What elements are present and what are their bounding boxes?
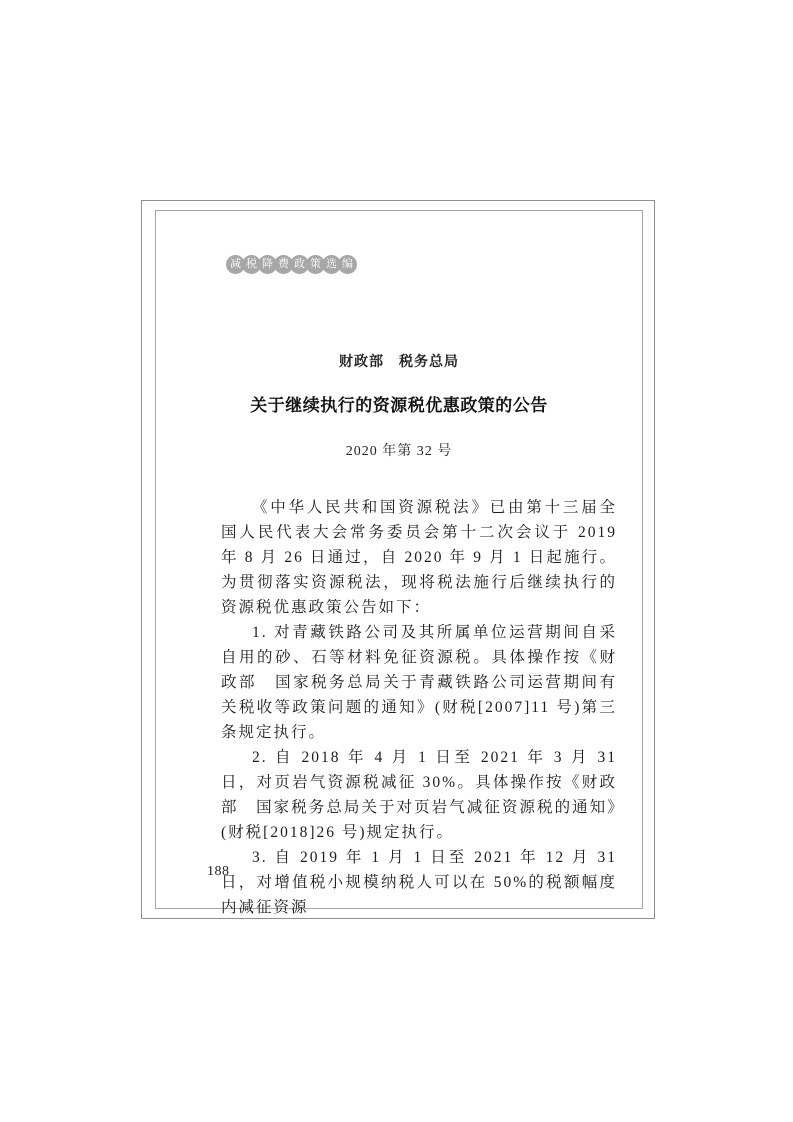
document-body: 《中华人民共和国资源税法》已由第十三届全国人民代表大会常务委员会第十二次会议于 … <box>156 495 642 920</box>
body-paragraph: 1. 对青藏铁路公司及其所属单位运营期间自采自用的砂、石等材料免征资源税。具体操… <box>221 620 617 745</box>
body-paragraph: 2. 自 2018 年 4 月 1 日至 2021 年 3 月 31 日，对页岩… <box>221 745 617 845</box>
body-paragraph: 3. 自 2019 年 1 月 1 日至 2021 年 12 月 31 日，对增… <box>221 845 617 920</box>
outer-border: 减税降费政策选编 财政部 税务总局 关于继续执行的资源税优惠政策的公告 2020… <box>141 200 655 919</box>
document-number: 2020 年第 32 号 <box>156 442 642 462</box>
scanned-book-page: { "stamp": { "characters": ["减", "税", "降… <box>0 0 793 1122</box>
series-stamp: 减税降费政策选编 <box>226 255 354 274</box>
inner-border: 减税降费政策选编 财政部 税务总局 关于继续执行的资源税优惠政策的公告 2020… <box>155 210 643 909</box>
document-title: 关于继续执行的资源税优惠政策的公告 <box>156 393 642 419</box>
page-number: 188 <box>207 863 230 881</box>
body-paragraph: 《中华人民共和国资源税法》已由第十三届全国人民代表大会常务委员会第十二次会议于 … <box>221 495 617 620</box>
issuer-line: 财政部 税务总局 <box>156 353 642 373</box>
stamp-character: 编 <box>338 255 357 274</box>
